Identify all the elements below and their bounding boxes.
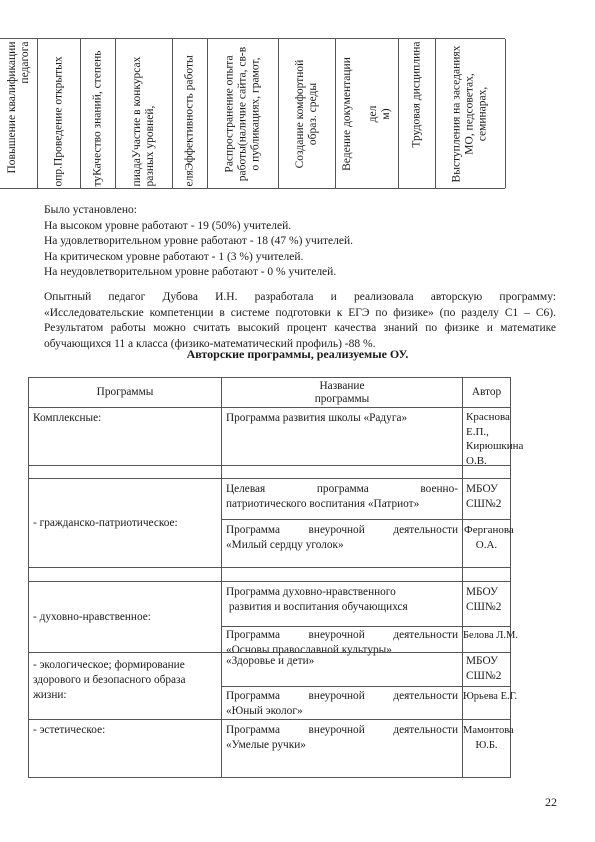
table-row-category: Комплексные: <box>28 407 222 466</box>
criteria-column-label: Ведение документации дел м) <box>341 41 393 186</box>
table-row-category: - духовно-нравственное: <box>28 581 222 653</box>
program-author: МБОУ СШ№2 <box>462 581 511 627</box>
program-name-line: патриотического воспитания «Патриот» <box>226 497 458 512</box>
criteria-column-documentation: Ведение документации дел м) <box>335 39 399 188</box>
program-author: Белова Л.М. <box>462 626 511 653</box>
program-name-line: «Юный эколог» <box>226 704 458 719</box>
table-row-category: - эстетическое: <box>28 719 222 778</box>
header-programs: Программы <box>28 377 222 408</box>
header-author-label: Автор <box>472 385 501 400</box>
program-name: Программа внеурочной деятельности «Милый… <box>221 519 463 568</box>
program-author: Ферганова О.А. <box>462 519 511 568</box>
program-name: Программа внеурочной деятельности «Юный … <box>221 686 463 720</box>
criteria-column-knowledge-quality: туКачество знаний, степень <box>80 39 116 188</box>
program-name-line: Программа внеурочной деятельности <box>226 689 458 704</box>
criteria-column-label: Трудовая дисциплина <box>410 41 423 186</box>
header-name: Название программы <box>221 377 463 408</box>
finding-line: На неудовлетворительном уровне работают … <box>44 265 556 281</box>
criteria-column-discipline: Трудовая дисциплина <box>398 39 436 188</box>
program-name: Программа внеурочной деятельности «Умелы… <box>221 719 463 778</box>
paragraph-line: Результатом работы можно считать высокий… <box>44 321 556 337</box>
empty-cell <box>462 465 511 479</box>
program-name-line: Программа внеурочной деятельности <box>226 723 458 738</box>
findings-block: Было установлено: На высоком уровне рабо… <box>44 203 556 281</box>
section-title: Авторские программы, реализуемые ОУ. <box>0 347 595 362</box>
program-author: МБОУ СШ№2 <box>462 652 511 687</box>
category-label: - экологическое; формирование здорового … <box>33 658 217 703</box>
table-row-category: - экологическое; формирование здорового … <box>28 652 222 720</box>
program-name: Программа внеурочной деятельности «Основ… <box>221 626 463 653</box>
criteria-column-contests: пиадаУчастие в конкурсах разных уровней, <box>115 39 173 188</box>
header-name-label: Название программы <box>315 380 370 406</box>
program-author: Юрьева Е.Г. <box>462 686 511 720</box>
category-label: - духовно-нравственное: <box>33 610 151 625</box>
program-name-line: Программа внеурочной деятельности <box>226 628 458 643</box>
empty-cell <box>28 465 222 479</box>
criteria-column-qualification: Повышение квалификации педагога <box>0 39 38 188</box>
program-name-line: «Умелые ручки» <box>226 738 458 753</box>
program-author: МБОУ СШ№2 <box>462 478 511 520</box>
findings-intro: Было установлено: <box>44 203 556 219</box>
empty-cell <box>28 567 222 582</box>
criteria-column-presentations: Выступления на заседаниях МО, педсоветах… <box>435 39 506 188</box>
criteria-column-label: еляЭффективность работы <box>183 41 196 186</box>
criteria-column-label: туКачество знаний, степень <box>91 41 104 186</box>
author-program-paragraph: Опытный педагог Дубова И.Н. разработала … <box>44 290 556 352</box>
criteria-column-environment: Создание комфортной образ. среды <box>278 39 336 188</box>
header-programs-label: Программы <box>97 385 154 400</box>
criteria-column-efficiency: еляЭффективность работы <box>172 39 208 188</box>
criteria-column-label: Распространение опыта работы(наличие сай… <box>223 41 262 186</box>
page-number: 22 <box>545 795 557 810</box>
program-name: Целевая программа военно- патриотическог… <box>221 478 463 520</box>
paragraph-line: Опытный педагог Дубова И.Н. разработала … <box>44 290 556 306</box>
paragraph-line: «Исследовательские компетенции в системе… <box>44 306 556 322</box>
header-author: Автор <box>462 377 511 408</box>
criteria-column-label: опр.Проведение открытых <box>53 41 66 186</box>
finding-line: На критическом уровне работают - 1 (3 %)… <box>44 250 556 266</box>
empty-cell <box>221 567 463 582</box>
program-name: «Здоровье и дети» <box>221 652 463 687</box>
program-name-line: Целевая программа военно- <box>226 482 458 497</box>
criteria-column-experience-sharing: Распространение опыта работы(наличие сай… <box>207 39 279 188</box>
criteria-column-label: пиадаУчастие в конкурсах разных уровней, <box>131 41 157 186</box>
program-name: Программа духовно-нравственного развития… <box>221 581 463 627</box>
program-author: Мамонтова Ю.Б. <box>462 719 511 778</box>
program-author: Краснова Е.П., Кирюшкина О.В. <box>462 407 511 466</box>
category-label: - гражданско-патриотическое: <box>33 516 178 531</box>
program-name-line: Программа внеурочной деятельности <box>226 523 458 538</box>
criteria-table: Повышение квалификации педагога опр.Пров… <box>0 38 505 189</box>
criteria-column-open-lessons: опр.Проведение открытых <box>37 39 81 188</box>
criteria-column-label: Создание комфортной образ. среды <box>294 41 320 186</box>
finding-line: На высоком уровне работают - 19 (50%) уч… <box>44 219 556 235</box>
program-name-line: «Милый сердцу уголок» <box>226 538 458 553</box>
empty-cell <box>221 465 463 479</box>
program-name: Программа развития школы «Радуга» <box>221 407 463 466</box>
criteria-column-label: Повышение квалификации педагога <box>6 41 32 186</box>
empty-cell <box>462 567 511 582</box>
finding-line: На удовлетворительном уровне работают - … <box>44 234 556 250</box>
criteria-column-label: Выступления на заседаниях МО, педсоветах… <box>451 41 490 186</box>
table-row-category: - гражданско-патриотическое: <box>28 478 222 568</box>
